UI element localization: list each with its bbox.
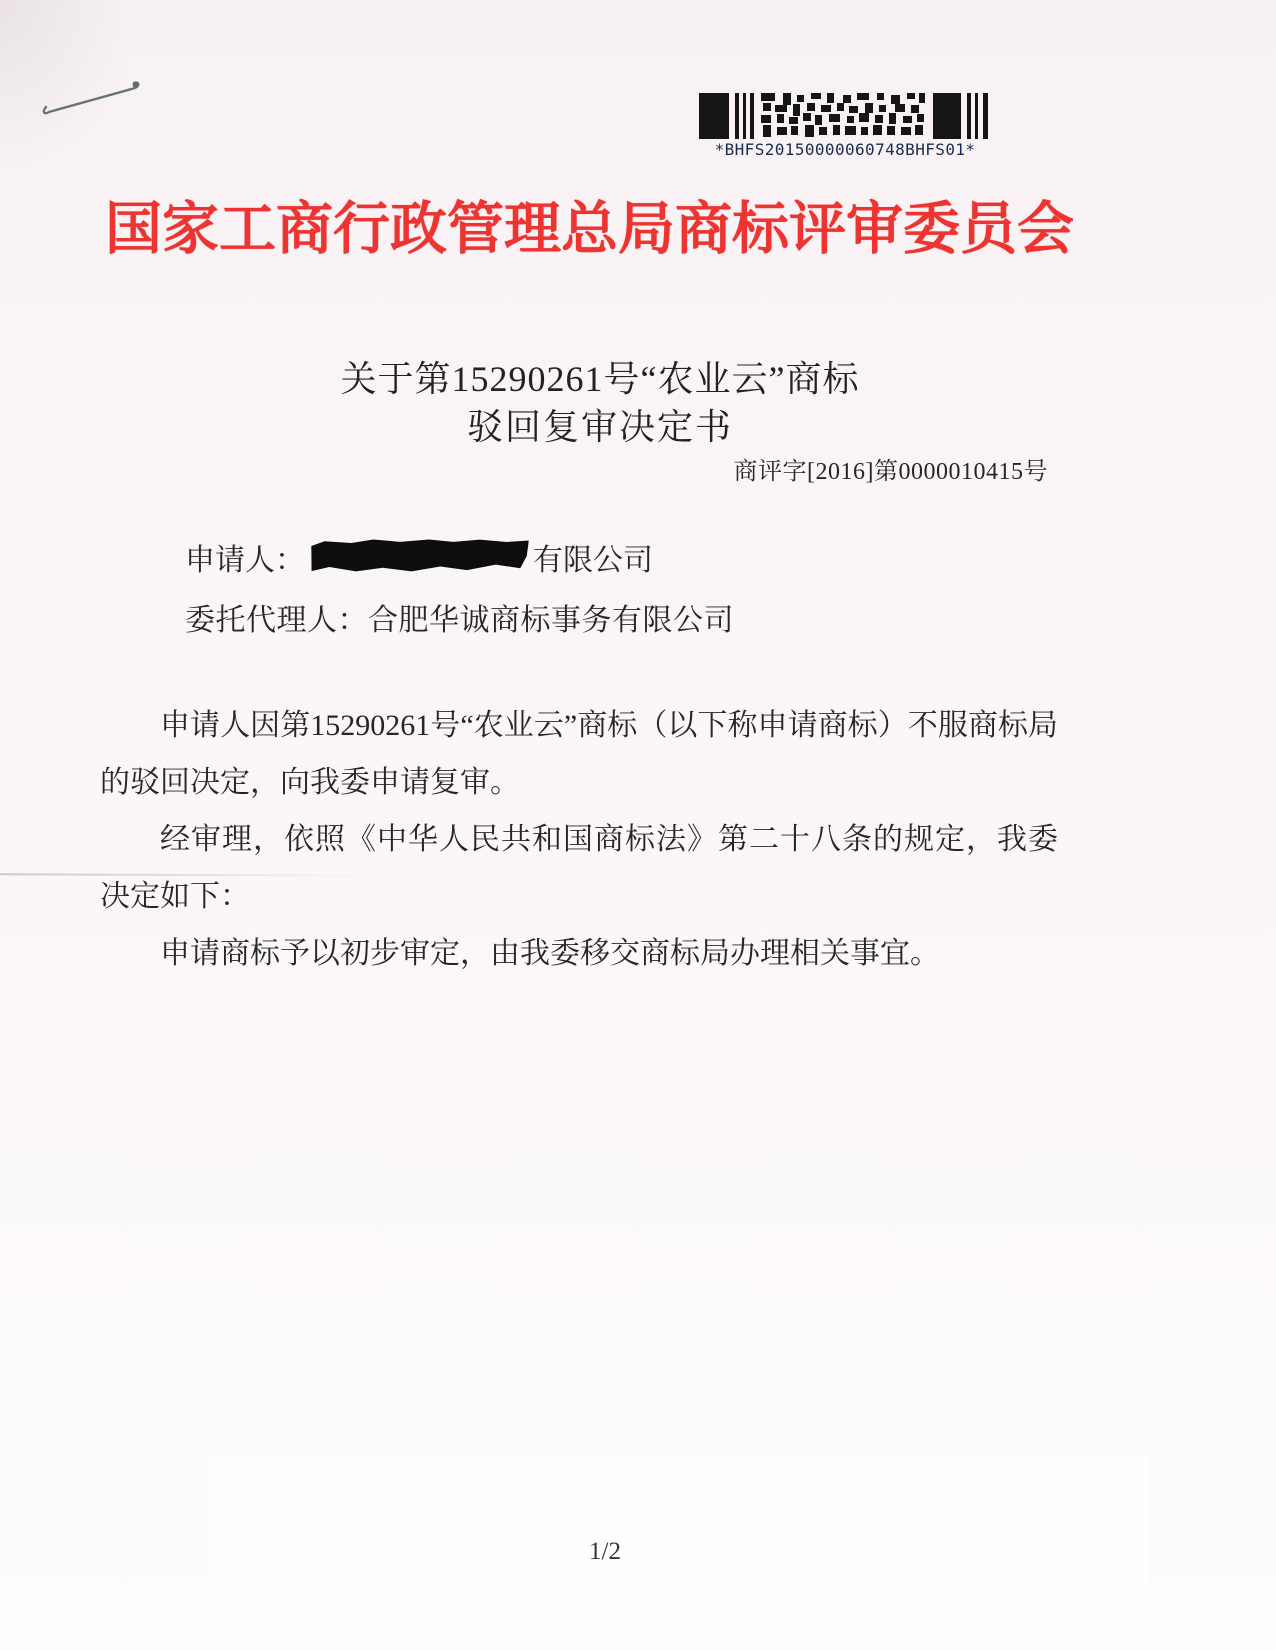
body-paragraph: 申请商标予以初步审定，由我委移交商标局办理相关事宜。 <box>100 925 1058 982</box>
applicant-line: 申请人： 有限公司 <box>185 535 653 579</box>
authority-title: 国家工商行政管理总局商标评审委员会 <box>105 183 1055 265</box>
applicant-label: 申请人： <box>185 535 305 579</box>
document-subject-line2: 驳回复审决定书 <box>100 399 1100 450</box>
applicant-suffix: 有限公司 <box>533 535 653 579</box>
document-subject-line1: 关于第15290261号“农业云”商标 <box>100 351 1100 402</box>
body-paragraph: 申请人因第15290261号“农业云”商标（以下称申请商标）不服商标局的驳回决定… <box>100 697 1058 811</box>
document-page: *BHFS20150000060748BHFS01* 国家工商行政管理总局商标评… <box>0 0 1276 1650</box>
body-paragraph: 经审理，依照《中华人民共和国商标法》第二十八条的规定，我委决定如下： <box>100 811 1058 925</box>
staple-mark-icon <box>36 68 148 120</box>
page-number: 1/2 <box>0 1538 1210 1566</box>
reference-number: 商评字[2016]第0000010415号 <box>100 451 1048 486</box>
decision-body: 申请人因第15290261号“农业云”商标（以下称申请商标）不服商标局的驳回决定… <box>100 697 1058 982</box>
redacted-applicant-name <box>307 537 529 572</box>
barcode-image <box>697 93 993 139</box>
barcode: *BHFS20150000060748BHFS01* <box>697 93 993 159</box>
agent-line: 委托代理人：合肥华诚商标事务有限公司 <box>185 595 734 639</box>
barcode-text: *BHFS20150000060748BHFS01* <box>697 140 993 159</box>
